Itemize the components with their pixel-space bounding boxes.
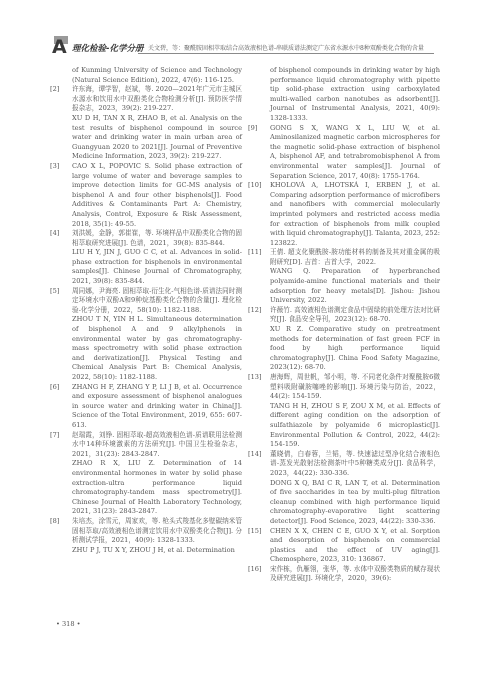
reference-text: 朱培杰，涂雪元，周家欢，等. 枪头式羧基化多壁碳纳米管固相萃取/高效液相色谱测定… <box>72 517 242 546</box>
logo-letter: A <box>52 38 67 57</box>
reference-text-en: ZHOU T N, YIN H L. Simultaneous determin… <box>72 315 242 382</box>
reference-text: 刘洪媛，金静，郭崔崔，等. 环境样品中双酚类化合物的固相萃取研究进展[J]. 色… <box>72 229 242 248</box>
reference-text-en: XU R Z. Comparative study on pretreatmen… <box>270 325 440 373</box>
reference-text-en: XU D H, TAN X R, ZHAO B, et al. Analysis… <box>72 114 242 162</box>
page-header: A 理化检验-化学分册 关文碧，等：聚酰胺固相萃取结合高效液相色谱-串联质谱法测… <box>48 36 440 58</box>
reference-10: [10]KHOLOVÁ A, LHOTSKÁ I, ERBEN J, et al… <box>248 181 440 248</box>
reference-4: [4]刘洪媛，金静，郭崔崔，等. 环境样品中双酚类化合物的固相萃取研究进展[J]… <box>50 229 242 287</box>
reference-number: [12] <box>248 306 262 316</box>
left-column: of Kunming University of Science and Tec… <box>50 66 242 555</box>
reference-text-en: WANG Q. Preparation of hyperbranched pol… <box>270 267 440 305</box>
reference-text: of bisphenol compounds in drinking water… <box>248 66 440 124</box>
reference-number: [2] <box>50 85 59 95</box>
reference-text: 周同娜，尹海亮. 固相萃取-衍生化-气相色谱-质谱法同时测定环境水中双酚A和9种… <box>72 287 242 316</box>
reference-11: [11]王倩. 超支化聚酰胺-胺功能材料的制备及其对重金属的吸附研究[D]. 吉… <box>248 248 440 306</box>
reference-number: [6] <box>50 383 59 393</box>
reference-text: 宋作栋，仇雁翎，张华，等. 水体中双酚类物质的赋存现状及研究进展[J]. 环境化… <box>270 565 440 584</box>
reference-number: [14] <box>248 450 262 460</box>
reference-14: [14]董晓倩，白春蓉，兰韬，等. 快速滤过型净化结合液相色谱-蒸发光散射法检测… <box>248 450 440 527</box>
reference-text-en: ZHAO R X, LIU Z. Determination of 14 env… <box>72 459 242 517</box>
reference-text-en: LIU H Y, JIN J, GUO C C, et al. Advances… <box>72 248 242 286</box>
reference-text-en: ZHU P J, TU X Y, ZHOU J H, et al. Determ… <box>72 546 242 556</box>
reference-15: [15]CHEN X X, CHEN C E, GUO X Y, et al. … <box>248 527 440 565</box>
reference-text: CHEN X X, CHEN C E, GUO X Y, et al. Sorp… <box>270 527 440 565</box>
reference-text-en: DONG X Q, BAI C R, LAN T, et al. Determi… <box>270 479 440 527</box>
running-title: 关文碧，等：聚酰胺固相萃取结合高效液相色谱-串联质谱法测定广东省水源水中8种双酚… <box>148 43 424 52</box>
reference-3: [3]CAO X L, POPOVIC S. Solid phase extra… <box>50 162 242 229</box>
reference-6: [6]ZHANG H F, ZHANG Y P, LI J B, et al. … <box>50 383 242 431</box>
reference-continuation: of Kunming University of Science and Tec… <box>50 66 242 85</box>
reference-text: GONG S X, WANG X L, LIU W, et al. Aminos… <box>270 124 440 182</box>
journal-logo-icon: A <box>52 36 70 56</box>
reference-text: 许东海，谭学智，赵斌，等. 2020—2021年广元市主城区水源水和饮用水中双酚… <box>72 85 242 114</box>
reference-text: of Kunming University of Science and Tec… <box>50 66 242 85</box>
reference-text: CAO X L, POPOVIC S. Solid phase extracti… <box>72 162 242 229</box>
right-column: of bisphenol compounds in drinking water… <box>248 66 440 584</box>
reference-text-en: TANG H H, ZHOU S F, ZOU X M, et al. Effe… <box>270 402 440 450</box>
reference-2: [2]许东海，谭学智，赵斌，等. 2020—2021年广元市主城区水源水和饮用水… <box>50 85 242 162</box>
reference-13: [13]唐海辉，周世帆，邹小明，等. 不同老化条件对聚酰胺6微塑料吸附磺胺噻唑的… <box>248 373 440 450</box>
reference-number: [11] <box>248 248 262 258</box>
reference-number: [5] <box>50 287 59 297</box>
reference-text: KHOLOVÁ A, LHOTSKÁ I, ERBEN J, et al. Co… <box>270 181 440 248</box>
reference-number: [13] <box>248 373 262 383</box>
reference-text: 许薇竹. 高效液相色谱测定食品中固绿的前处理方法对比研究[J]. 食品安全导刊，… <box>270 306 440 325</box>
reference-number: [3] <box>50 162 59 172</box>
reference-12: [12]许薇竹. 高效液相色谱测定食品中固绿的前处理方法对比研究[J]. 食品安… <box>248 306 440 373</box>
reference-continuation: of bisphenol compounds in drinking water… <box>248 66 440 124</box>
reference-8: [8]朱培杰，涂雪元，周家欢，等. 枪头式羧基化多壁碳纳米管固相萃取/高效液相色… <box>50 517 242 555</box>
reference-9: [9]GONG S X, WANG X L, LIU W, et al. Ami… <box>248 124 440 182</box>
reference-number: [7] <box>50 431 59 441</box>
reference-16: [16]宋作栋，仇雁翎，张华，等. 水体中双酚类物质的赋存现状及研究进展[J].… <box>248 565 440 584</box>
page-number: • 318 • <box>56 620 81 628</box>
reference-number: [10] <box>248 181 262 191</box>
journal-name: 理化检验-化学分册 <box>72 42 144 54</box>
header-rule <box>138 53 434 54</box>
reference-7: [7]赵瑞霞，刘铮. 固相萃取-超高效液相色谱-质谱联用法检测水中14种环境激素… <box>50 431 242 517</box>
reference-number: [9] <box>248 124 257 134</box>
reference-text: 唐海辉，周世帆，邹小明，等. 不同老化条件对聚酰胺6微塑料吸附磺胺噻唑的影响[J… <box>270 373 440 402</box>
reference-text: 王倩. 超支化聚酰胺-胺功能材料的制备及其对重金属的吸附研究[D]. 吉首：吉首… <box>270 248 440 267</box>
reference-text: ZHANG H F, ZHANG Y P, LI J B, et al. Occ… <box>72 383 242 431</box>
reference-number: [15] <box>248 527 262 537</box>
reference-5: [5]周同娜，尹海亮. 固相萃取-衍生化-气相色谱-质谱法同时测定环境水中双酚A… <box>50 287 242 383</box>
reference-number: [4] <box>50 229 59 239</box>
reference-number: [8] <box>50 517 59 527</box>
reference-number: [16] <box>248 565 262 575</box>
reference-text: 董晓倩，白春蓉，兰韬，等. 快速滤过型净化结合液相色谱-蒸发光散射法检测茶叶中5… <box>270 450 440 479</box>
reference-text: 赵瑞霞，刘铮. 固相萃取-超高效液相色谱-质谱联用法检测水中14种环境激素的方法… <box>72 431 242 460</box>
